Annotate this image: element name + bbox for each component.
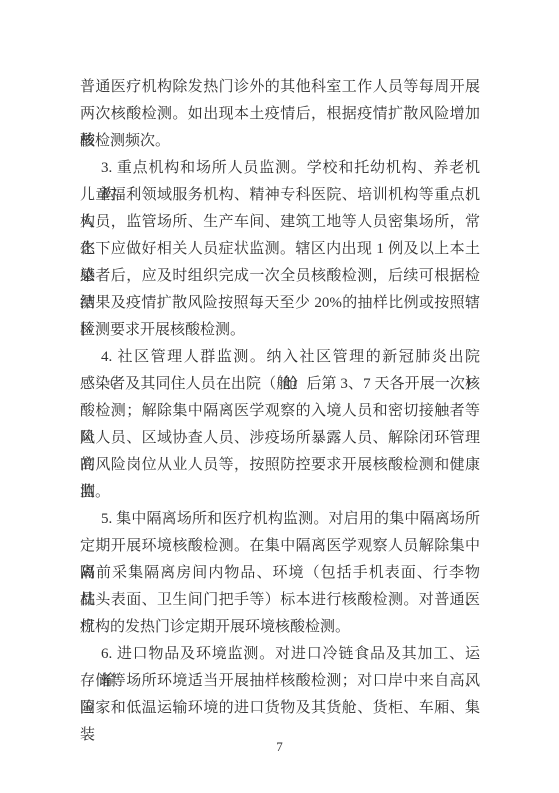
text-line: 两次核酸检测。如出现本土疫情后，根据疫情扩散风险增加核 bbox=[80, 101, 480, 128]
document-page: 普通医疗机构除发热门诊外的其他科室工作人员等每周开展 两次核酸检测。如出现本土疫… bbox=[0, 0, 559, 793]
text-line: 化下应做好相关人员症状监测。辖区内出现 1 例及以上本土感 bbox=[80, 236, 480, 263]
text-line: 机构的发热门诊定期开展环境核酸检测。 bbox=[80, 614, 480, 641]
text-line: 儿童福利领域服务机构、精神专科医院、培训机构等重点机构 bbox=[80, 182, 480, 209]
text-line: 离前采集隔离房间内物品、环境（包括手机表面、行李物品、 bbox=[80, 560, 480, 587]
text-line: 高风险岗位从业人员等，按照防控要求开展核酸检测和健康监 bbox=[80, 452, 480, 479]
text-line: 4. 社区管理人群监测。纳入社区管理的新冠肺炎出院（舱） bbox=[80, 344, 480, 371]
body-text: 普通医疗机构除发热门诊外的其他科室工作人员等每周开展 两次核酸检测。如出现本土疫… bbox=[80, 74, 480, 722]
text-line: 国家和低温运输环境的进口货物及其货舱、货柜、车厢、集装 bbox=[80, 695, 480, 722]
text-line: 普通医疗机构除发热门诊外的其他科室工作人员等每周开展 bbox=[80, 74, 480, 101]
text-line: 存储等场所环境适当开展抽样核酸检测；对口岸中来自高风险 bbox=[80, 668, 480, 695]
text-line: 结果及疫情扩散风险按照每天至少 20%的抽样比例或按照辖区 bbox=[80, 290, 480, 317]
text-line: 测。 bbox=[80, 479, 480, 506]
text-line: 枕头表面、卫生间门把手等）标本进行核酸检测。对普通医疗 bbox=[80, 587, 480, 614]
text-line: 检测要求开展核酸检测。 bbox=[80, 317, 480, 344]
text-line: 酸检测频次。 bbox=[80, 128, 480, 155]
text-line: 6. 进口物品及环境监测。对进口冷链食品及其加工、运输、 bbox=[80, 641, 480, 668]
text-line: 染者后，应及时组织完成一次全员核酸检测，后续可根据检测 bbox=[80, 263, 480, 290]
text-line: 人员，监管场所、生产车间、建筑工地等人员密集场所，常态 bbox=[80, 209, 480, 236]
text-line: 险人员、区域协查人员、涉疫场所暴露人员、解除闭环管理的 bbox=[80, 425, 480, 452]
page-number: 7 bbox=[0, 733, 559, 760]
text-line: 感染者及其同住人员在出院（舱）后第 3、7 天各开展一次核 bbox=[80, 371, 480, 398]
text-line: 3. 重点机构和场所人员监测。学校和托幼机构、养老机构、 bbox=[80, 155, 480, 182]
text-line: 酸检测；解除集中隔离医学观察的入境人员和密切接触者等风 bbox=[80, 398, 480, 425]
text-line: 定期开展环境核酸检测。在集中隔离医学观察人员解除集中隔 bbox=[80, 533, 480, 560]
text-line: 5. 集中隔离场所和医疗机构监测。对启用的集中隔离场所 bbox=[80, 506, 480, 533]
